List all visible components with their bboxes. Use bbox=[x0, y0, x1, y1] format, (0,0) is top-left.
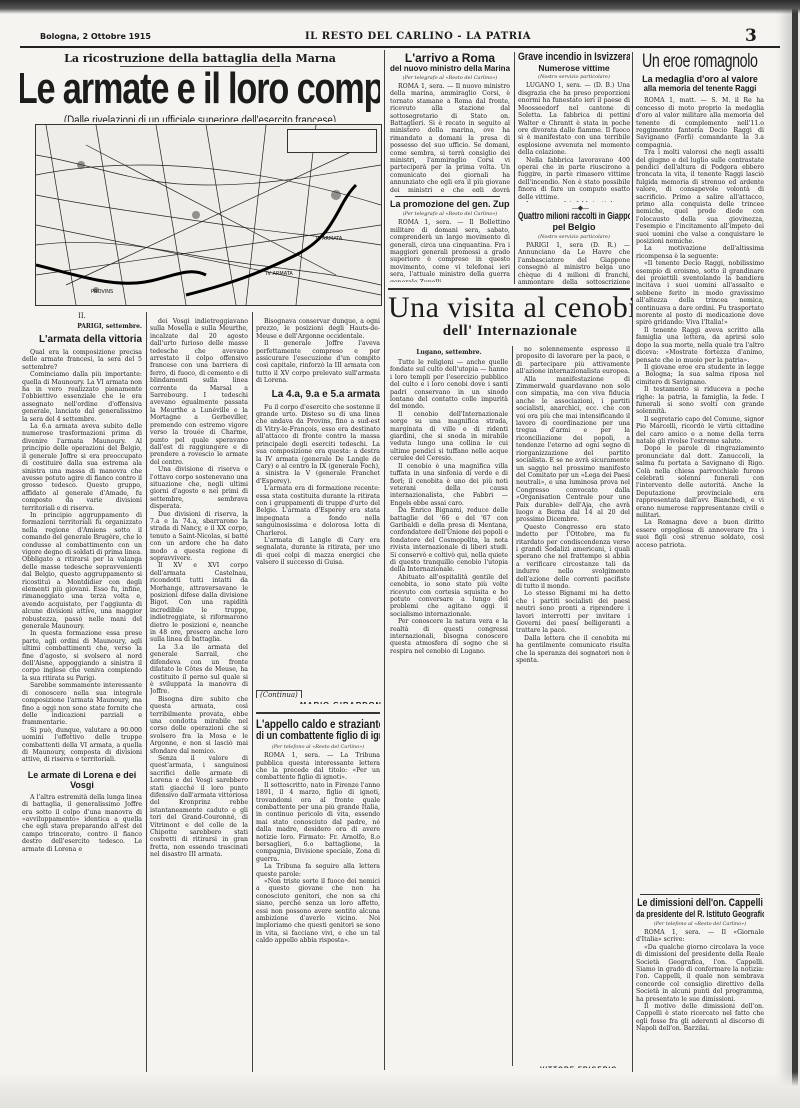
paragraph: ROMA 1, sera. — La Tribuna pubblica ques… bbox=[256, 752, 380, 782]
promozione-headline: La promozione del gen. Zupelli bbox=[390, 200, 510, 209]
marna-subhead: (Dalle rivelazioni di un ufficiale super… bbox=[47, 115, 353, 122]
paragraph: Il testamento si riduceva a poche righe:… bbox=[636, 386, 764, 416]
map-legend bbox=[287, 129, 377, 153]
eroe-subhead-2: alla memoria del tenente Raggi bbox=[642, 84, 757, 93]
marna-dateline: PARIGI, settembre. bbox=[22, 323, 142, 330]
paragraph: no solennemente espresso il proposito di… bbox=[516, 346, 630, 376]
eroe-headline: Un eroe romagnolo bbox=[636, 52, 764, 72]
appello-article: L'appello caldo e straziante di un comba… bbox=[256, 718, 380, 1078]
paragraph: «Il tenente Decio Raggi, nobilissimo ese… bbox=[636, 260, 764, 327]
ornament-divider: —◆— bbox=[550, 204, 610, 212]
marna-column-3-text-2: Fu il corpo d'esercito che sostenne il g… bbox=[256, 404, 380, 567]
paragraph: Il cenobio è una magnifica villa tuffata… bbox=[390, 463, 508, 507]
marna-column-2-text: dei Vosgi indietreggiavano sulla Mosella… bbox=[150, 318, 248, 859]
paragraph: dei Vosgi indietreggiavano sulla Mosella… bbox=[150, 318, 248, 466]
eroe-text: ROMA 1, matt. — S. M. il Re ha concesso … bbox=[636, 97, 764, 549]
section-lorena-vosgi: Le armate di Lorena e dei Vosgi bbox=[22, 770, 142, 790]
cenobio-column-2: no solennemente espresso il proposito di… bbox=[516, 346, 630, 1046]
paragraph: ROMA 1, matt. — S. M. il Re ha concesso … bbox=[636, 97, 764, 149]
masthead: Bologna, 2 Ottobre 1915 IL RESTO DEL CAR… bbox=[20, 28, 780, 48]
paragraph: Cominciamo dalla più importante: quella … bbox=[22, 371, 142, 423]
marna-column-3-text: Bisognava conservar dunque, a ogni prezz… bbox=[256, 318, 380, 385]
marna-column-1-text-2: A l'altra estremità della lunga linea di… bbox=[22, 794, 142, 853]
giappone-text: PARIGI 1, sera (D. R.) — Annunciano da L… bbox=[518, 242, 630, 284]
paragraph: Sarebbe sommamente interessante di conos… bbox=[22, 682, 142, 726]
paragraph: Il motivo delle dimissioni dell'on. Capp… bbox=[636, 1003, 764, 1033]
incendio-subhead: Numerose vittime bbox=[518, 64, 630, 73]
marna-column-1: II. PARIGI, settembre. L'armata della vi… bbox=[22, 312, 142, 1072]
paragraph: Nella fabbrica lavoravano 400 operai che… bbox=[518, 157, 630, 201]
paragraph: A l'altra estremità della lunga linea di… bbox=[22, 794, 142, 853]
paragraph: ROMA 1, sera. — Il nuovo ministro della … bbox=[390, 83, 510, 192]
cenobio-dateline: Lugano, settembre. bbox=[390, 349, 508, 356]
paragraph: In questa formazione essa prese parte, a… bbox=[22, 630, 142, 682]
cenobio-column-1: Lugano, settembre. Tutte le religioni — … bbox=[390, 346, 508, 1056]
paragraph: «Da qualche giorno circolava la voce di … bbox=[636, 944, 764, 1003]
incendio-byline: (Nostro servizio particolare) bbox=[518, 74, 630, 80]
paragraph: Il cenobio dell'Internazionale sorge su … bbox=[390, 411, 508, 463]
battle-map: PROVINSIV ARMATA III ARMATA bbox=[35, 124, 382, 306]
author-frigerio: VITTORE FRIGERIO bbox=[540, 1066, 617, 1068]
cappelli-text: ROMA 1, sera. — Il «Giornale d'Italia» s… bbox=[636, 929, 764, 1033]
paragraph: L'armata era di formazione recente: essa… bbox=[256, 485, 380, 537]
column-rule bbox=[384, 50, 385, 1070]
paragraph: La Tribuna fa seguire alla lettera quest… bbox=[256, 863, 380, 878]
issue-date: Bologna, 2 Ottobre 1915 bbox=[40, 32, 151, 41]
appello-text: ROMA 1, sera. — La Tribuna pubblica ques… bbox=[256, 752, 380, 945]
continua-label: (Continua) bbox=[256, 690, 302, 698]
paragraph: L'armata di Langle di Cary era segnalata… bbox=[256, 537, 380, 567]
column-rule bbox=[632, 52, 633, 1072]
svg-text:PROVINS: PROVINS bbox=[91, 289, 113, 295]
giappone-subhead: pel Belgio bbox=[518, 223, 630, 232]
paragraph: Questo Congresso era stato indetto per l… bbox=[516, 524, 630, 591]
paragraph: Una divisione di riserva e l'ottavo corp… bbox=[150, 466, 248, 510]
cappelli-byline: (Per telefono al «Resto del Carlino») bbox=[636, 921, 764, 927]
svg-text:IV ARMATA: IV ARMATA bbox=[266, 271, 293, 277]
page-bottom-edge bbox=[0, 1072, 800, 1108]
paragraph: Il segretario capo del Comune, signor Pi… bbox=[636, 416, 764, 446]
paragraph: Senza il valore di quest'armata, i sangu… bbox=[150, 755, 248, 859]
marna-column-1-text: Qual era la composizione precisa delle a… bbox=[22, 349, 142, 764]
paragraph: Da Enrico Bignami, reduce delle battagli… bbox=[390, 507, 508, 574]
author-frigerio-row: VITTORE FRIGERIO bbox=[540, 1056, 620, 1068]
paragraph: PARIGI 1, sera (D. R.) — Annunciano da L… bbox=[518, 242, 630, 284]
paragraph: LUGANO 1, sera. — (D. B.) Una disgrazia … bbox=[518, 82, 630, 156]
paragraph: In principio aggruppamento di formazioni… bbox=[22, 512, 142, 631]
part-number: II. bbox=[22, 312, 142, 320]
cappelli-article: Le dimissioni dell'on. Cappelli da presi… bbox=[636, 898, 764, 1068]
paragraph: Per conoscere la natura vera e la realtà… bbox=[390, 618, 508, 655]
page-top-edge bbox=[0, 0, 800, 14]
paper-name: IL RESTO DEL CARLINO - LA PATRIA bbox=[305, 31, 531, 42]
paragraph: Dalla lettera che il cenobita mi ha gent… bbox=[516, 635, 630, 665]
paragraph: Bisogna dire subito che questa armata, c… bbox=[150, 696, 248, 755]
appello-byline: (Per telefono al «Resto del Carlino») bbox=[256, 744, 380, 750]
author-girardon: MARIO GIRARDON bbox=[300, 700, 382, 704]
section-divider bbox=[388, 288, 630, 290]
paragraph: Abituato all'ospitalità gentile del ceno… bbox=[390, 574, 508, 618]
paragraph: Tra i molti valorosi che negli assalti d… bbox=[636, 149, 764, 245]
paragraph: Il sottoscritto, nato in Firenze l'anno … bbox=[256, 782, 380, 863]
arrivo-headline: L'arrivo a Roma bbox=[390, 52, 510, 65]
author-girardon-row: MARIO GIRARDON bbox=[300, 692, 400, 704]
paragraph: «Non triste sorte il fuoco dei nemici a … bbox=[256, 878, 380, 945]
paragraph: La 6.a armata aveva subito delle numeros… bbox=[22, 423, 142, 512]
arrivo-article: L'arrivo a Roma del nuovo ministro della… bbox=[390, 52, 510, 192]
paragraph: Due divisioni di riserva, la 7.a e la 74… bbox=[150, 511, 248, 563]
section-divider bbox=[640, 894, 760, 895]
paragraph: Le rovine dei fabbricati hanno seppellit… bbox=[518, 201, 630, 202]
section-divider bbox=[256, 712, 380, 714]
promozione-text: ROMA 1, sera. — Il Bollettino militare d… bbox=[390, 219, 510, 282]
eroe-article: Un eroe romagnolo La medaglia d'oro al v… bbox=[636, 52, 764, 892]
arrivo-byline: (Per telegrafo al «Resto del Carlino») bbox=[390, 75, 510, 81]
column-rule bbox=[514, 52, 515, 284]
paragraph: Bisognava conservar dunque, a ogni prezz… bbox=[256, 318, 380, 340]
cappelli-headline-2: da presidente del R. Istituto Geografico bbox=[636, 910, 764, 919]
section-armata-vittoria: L'armata della vittoria bbox=[22, 334, 142, 345]
paragraph: Il XV e XVI corpo dell'armata Castelnau,… bbox=[150, 562, 248, 643]
paragraph: La Romagna deve a buon diritto essere or… bbox=[636, 519, 764, 549]
promozione-article: La promozione del gen. Zupelli (Per tele… bbox=[390, 200, 510, 282]
marna-column-2: dei Vosgi indietreggiavano sulla Mosella… bbox=[150, 318, 248, 1078]
paragraph: Si può, dunque, valutare a 90.000 uomini… bbox=[22, 727, 142, 764]
paragraph: ROMA 1, sera. — Il Bollettino militare d… bbox=[390, 219, 510, 282]
paragraph: La motivazione dell'altissima ricompensa… bbox=[636, 245, 764, 260]
column-rule bbox=[512, 346, 513, 1066]
promozione-byline: (Per telegrafo al «Resto del Carlino») bbox=[390, 211, 510, 217]
appello-headline-2: di un combattente figlio di ignoti bbox=[256, 731, 380, 743]
svg-text:III ARMATA: III ARMATA bbox=[316, 236, 343, 242]
marna-header: La ricostruzione della battaglia della M… bbox=[20, 52, 380, 122]
marna-headline: Le armate e il loro compito bbox=[20, 67, 380, 111]
arrivo-subhead: del nuovo ministro della Marina bbox=[390, 65, 510, 73]
section-divider bbox=[395, 196, 500, 197]
cenobio-header: Una visita al cenobio dell' Internaziona… bbox=[388, 292, 632, 344]
cenobio-column-1-text: Tutte le religioni — anche quelle fondat… bbox=[390, 359, 508, 655]
giappone-article: Quattro milioni raccolti in Giappone pel… bbox=[518, 212, 630, 284]
page-number: 3 bbox=[745, 26, 757, 46]
paragraph: Alla manifestazione di Zimmerwald guarda… bbox=[516, 376, 630, 524]
cenobio-headline: Una visita al cenobio bbox=[388, 292, 632, 324]
paragraph: Il generale Joffre l'aveva perfettamente… bbox=[256, 340, 380, 384]
cenobio-column-2-text: no solennemente espresso il proposito di… bbox=[516, 346, 630, 664]
paragraph: Lo stesso Bignami mi ha detto che i part… bbox=[516, 590, 630, 634]
paragraph: Il tenente Raggi aveva scritto alla fami… bbox=[636, 327, 764, 364]
paragraph: Fu il corpo d'esercito che sostenne il g… bbox=[256, 404, 380, 485]
arrivo-text: ROMA 1, sera. — Il nuovo ministro della … bbox=[390, 83, 510, 192]
marna-column-3: Bisognava conservar dunque, a ogni prezz… bbox=[256, 318, 380, 680]
paragraph: ROMA 1, sera. — Il «Giornale d'Italia» s… bbox=[636, 929, 764, 944]
giappone-byline: (Nostro servizio particolare) bbox=[518, 234, 630, 240]
incendio-article: Grave incendio in Isvizzera Numerose vit… bbox=[518, 52, 630, 202]
paragraph: Qual era la composizione precisa delle a… bbox=[22, 349, 142, 371]
paragraph: La 3.a ile armata del generale Sarrail, … bbox=[150, 644, 248, 696]
incendio-text: LUGANO 1, sera. — (D. B.) Una disgrazia … bbox=[518, 82, 630, 202]
section-armate-4-9-5: La 4.a, 9.a e 5.a armata bbox=[256, 389, 380, 400]
column-rule bbox=[252, 312, 253, 1072]
giappone-headline: Quattro milioni raccolti in Giappone bbox=[518, 212, 630, 223]
cenobio-subhead: dell' Internazionale bbox=[388, 324, 632, 340]
paragraph: Dopo le parole di ringraziamento pronunc… bbox=[636, 445, 764, 519]
paragraph: Il giovane eroe era studente in legge a … bbox=[636, 364, 764, 386]
paragraph: Tutte le religioni — anche quelle fondat… bbox=[390, 359, 508, 411]
incendio-headline: Grave incendio in Isvizzera bbox=[518, 52, 630, 64]
column-rule bbox=[146, 312, 147, 1072]
